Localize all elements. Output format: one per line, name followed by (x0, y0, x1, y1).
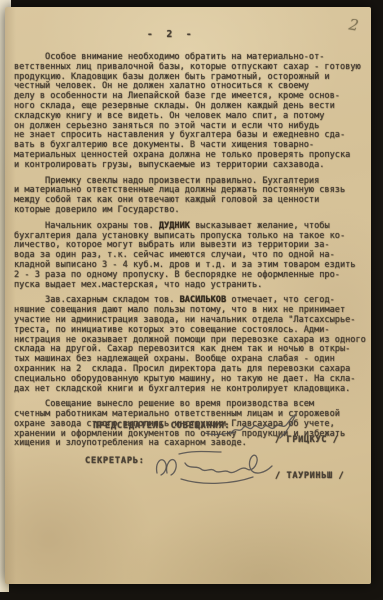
chairman-name: / ГРИЦКУС / (275, 435, 339, 445)
secretary-label: СЕКРЕТАРЬ: (85, 456, 145, 466)
document-page: 2 - 2 - Особое внимание необходимо обрат… (5, 7, 371, 584)
signature-block: ПРЕДСЕДАТЕЛЬ СОВЕЩАНИЯ: / ГРИЦКУС / СЕКР… (5, 7, 371, 584)
secretary-signature (151, 443, 283, 487)
secretary-name: / ТАУРИНЬШ / (275, 471, 344, 481)
photo-background: 2 - 2 - Особое внимание необходимо обрат… (0, 0, 383, 600)
